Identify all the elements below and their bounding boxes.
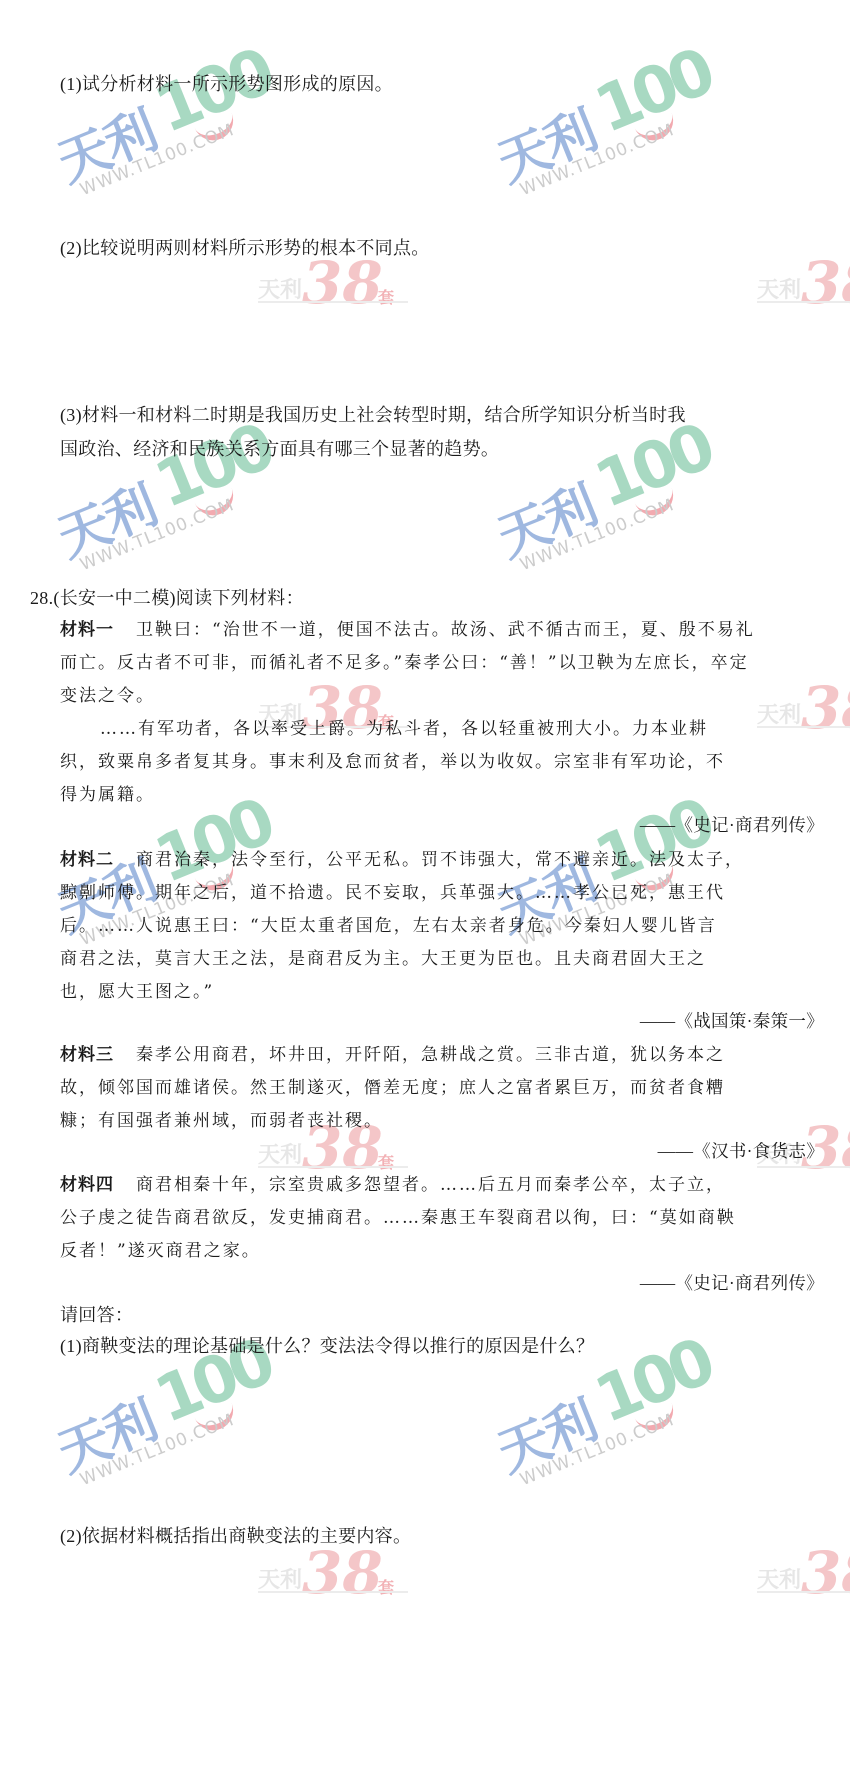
answer-prompt: 请回答： (60, 1300, 133, 1330)
material-1-line: 而亡。反古者不可非，而循礼者不足多。”秦孝公曰：“善！”以卫鞅为左庶长，卒定 (60, 648, 749, 678)
watermark-suffix: 套 (378, 285, 394, 308)
watermark-underline (757, 726, 850, 728)
prev-question-2: (2)比较说明两则材料所示形势的根本不同点。 (60, 233, 430, 263)
material-2-label: 材料二 (60, 850, 114, 870)
material-4-line: 材料四商君相秦十年，宗室贵戚多怨望者。……后五月而秦孝公卒，太子立， (60, 1170, 725, 1200)
watermark-underline (258, 1591, 408, 1593)
watermark-brand: 天利 (757, 273, 801, 304)
question-28-header: 28.(长安一中二模)阅读下列材料： (30, 583, 304, 613)
watermark-tl100: 天利 100 WWW.TL100.COM (485, 55, 685, 195)
material-1-label: 材料一 (60, 620, 114, 640)
watermark-brand: 天利 (45, 89, 166, 196)
watermark-underline (757, 1591, 850, 1593)
material-2-line: 材料二商君治秦，法令至行，公平无私。罚不讳强大，常不避亲近。法及太子， (60, 845, 744, 875)
watermark-number: 38 (801, 1539, 850, 1607)
watermark-tl38: 天利 38 套 (258, 1545, 408, 1615)
watermark-tl100: 天利 100 WWW.TL100.COM (45, 1345, 245, 1485)
prev-question-1: (1)试分析材料一所示形势图形成的原因。 (60, 69, 393, 99)
material-text: 商君相秦十年，宗室贵戚多怨望者。……后五月而秦孝公卒，太子立， (136, 1175, 725, 1195)
prev-question-3-line2: 国政治、经济和民族关系方面具有哪三个显著的趋势。 (60, 434, 499, 464)
prev-question-3-line1: (3)材料一和材料二时期是我国历史上社会转型时期，结合所学知识分析当时我 (60, 400, 686, 430)
watermark-number: 38 (801, 674, 850, 742)
material-2-line: 商君之法，莫言大王之法，是商君反为主。大王更为臣也。且夫商君固大王之 (60, 944, 706, 974)
material-3-source: ——《汉书·食货志》 (658, 1138, 824, 1163)
material-4-line: 公子虔之徒告商君欲反，发吏捕商君。……秦惠王车裂商君以徇，曰：“莫如商鞅 (60, 1203, 736, 1233)
material-1-line: 变法之令。 (60, 681, 155, 711)
watermark-url: WWW.TL100.COM (517, 495, 677, 575)
watermark-url: WWW.TL100.COM (77, 1410, 237, 1490)
material-4-label: 材料四 (60, 1175, 114, 1195)
watermark-brand: 天利 (45, 1379, 166, 1486)
smile-icon (191, 104, 239, 147)
material-4-source: ——《史记·商君列传》 (640, 1270, 824, 1295)
question-28-part-1: (1)商鞅变法的理论基础是什么？变法法令得以推行的原因是什么？ (60, 1331, 594, 1361)
watermark-url: WWW.TL100.COM (517, 120, 677, 200)
smile-icon (631, 479, 679, 522)
watermark-brand: 天利 (485, 89, 606, 196)
material-3-line: 故，倾邻国而雄诸侯。然王制遂灭，僭差无度；庶人之富者累巨万，而贫者食糟 (60, 1073, 725, 1103)
material-1-line: 织，致粟帛多者复其身。事末利及怠而贫者，举以为收奴。宗室非有军功论，不 (60, 747, 725, 777)
material-1-line: 得为属籍。 (60, 780, 155, 810)
watermark-tl38: 天利 38 套 (757, 255, 850, 325)
smile-icon (191, 1394, 239, 1437)
material-3-line: 糠；有国强者兼州域，而弱者丧社稷。 (60, 1106, 383, 1136)
watermark-url: WWW.TL100.COM (77, 120, 237, 200)
watermark-brand: 天利 (258, 1138, 302, 1169)
watermark-tl100: 天利 100 WWW.TL100.COM (485, 1345, 685, 1485)
watermark-underline (258, 301, 408, 303)
material-3-label: 材料三 (60, 1045, 114, 1065)
material-text: 商君治秦，法令至行，公平无私。罚不讳强大，常不避亲近。法及太子， (136, 850, 744, 870)
watermark-number: 100 (585, 36, 720, 148)
material-3-line: 材料三秦孝公用商君，坏井田，开阡陌，急耕战之赏。三非古道，犹以务本之 (60, 1040, 725, 1070)
watermark-number: 38 (801, 249, 850, 317)
watermark-underline (757, 301, 850, 303)
material-2-source: ——《战国策·秦策一》 (640, 1008, 824, 1033)
smile-icon (191, 479, 239, 522)
question-28-part-2: (2)依据材料概括指出商鞅变法的主要内容。 (60, 1521, 411, 1551)
watermark-url: WWW.TL100.COM (77, 495, 237, 575)
material-2-line: 黥劓师傅。期年之后，道不拾遗。民不妄取，兵革强大。……孝公已死，惠王代 (60, 878, 725, 908)
material-text: 卫鞅曰：“治世不一道，便国不法古。故汤、武不循古而王，夏、殷不易礼 (136, 620, 755, 640)
material-2-line: 也，愿大王图之。” (60, 977, 214, 1007)
watermark-brand: 天利 (485, 1379, 606, 1486)
watermark-number: 100 (585, 1326, 720, 1438)
watermark-tl38: 天利 38 套 (757, 1545, 850, 1615)
watermark-brand: 天利 (757, 698, 801, 729)
material-text: 秦孝公用商君，坏井田，开阡陌，急耕战之赏。三非古道，犹以务本之 (136, 1045, 725, 1065)
watermark-brand: 天利 (45, 464, 166, 571)
watermark-tl100: 天利 100 WWW.TL100.COM (485, 430, 685, 570)
watermark-brand: 天利 (757, 1563, 801, 1594)
watermark-brand: 天利 (258, 1563, 302, 1594)
watermark-underline (757, 1166, 850, 1168)
watermark-tl38: 天利 38 套 (258, 255, 408, 325)
material-2-line: 后。……人说惠王曰：“大臣太重者国危，左右太亲者身危。今秦妇人婴儿皆言 (60, 911, 717, 941)
watermark-url: WWW.TL100.COM (517, 1410, 677, 1490)
material-4-line: 反者！”遂灭商君之家。 (60, 1236, 261, 1266)
watermark-tl38: 天利 38 套 (757, 680, 850, 750)
smile-icon (631, 1394, 679, 1437)
watermark-suffix: 套 (378, 1575, 394, 1598)
watermark-brand: 天利 (485, 464, 606, 571)
material-1-source: ——《史记·商君列传》 (640, 812, 824, 837)
smile-icon (631, 104, 679, 147)
material-1-line: ……有军功者，各以率受上爵。为私斗者，各以轻重被刑大小。力本业耕 (100, 714, 708, 744)
watermark-underline (258, 1166, 408, 1168)
material-1-line: 材料一卫鞅曰：“治世不一道，便国不法古。故汤、武不循古而王，夏、殷不易礼 (60, 615, 755, 645)
watermark-brand: 天利 (258, 273, 302, 304)
